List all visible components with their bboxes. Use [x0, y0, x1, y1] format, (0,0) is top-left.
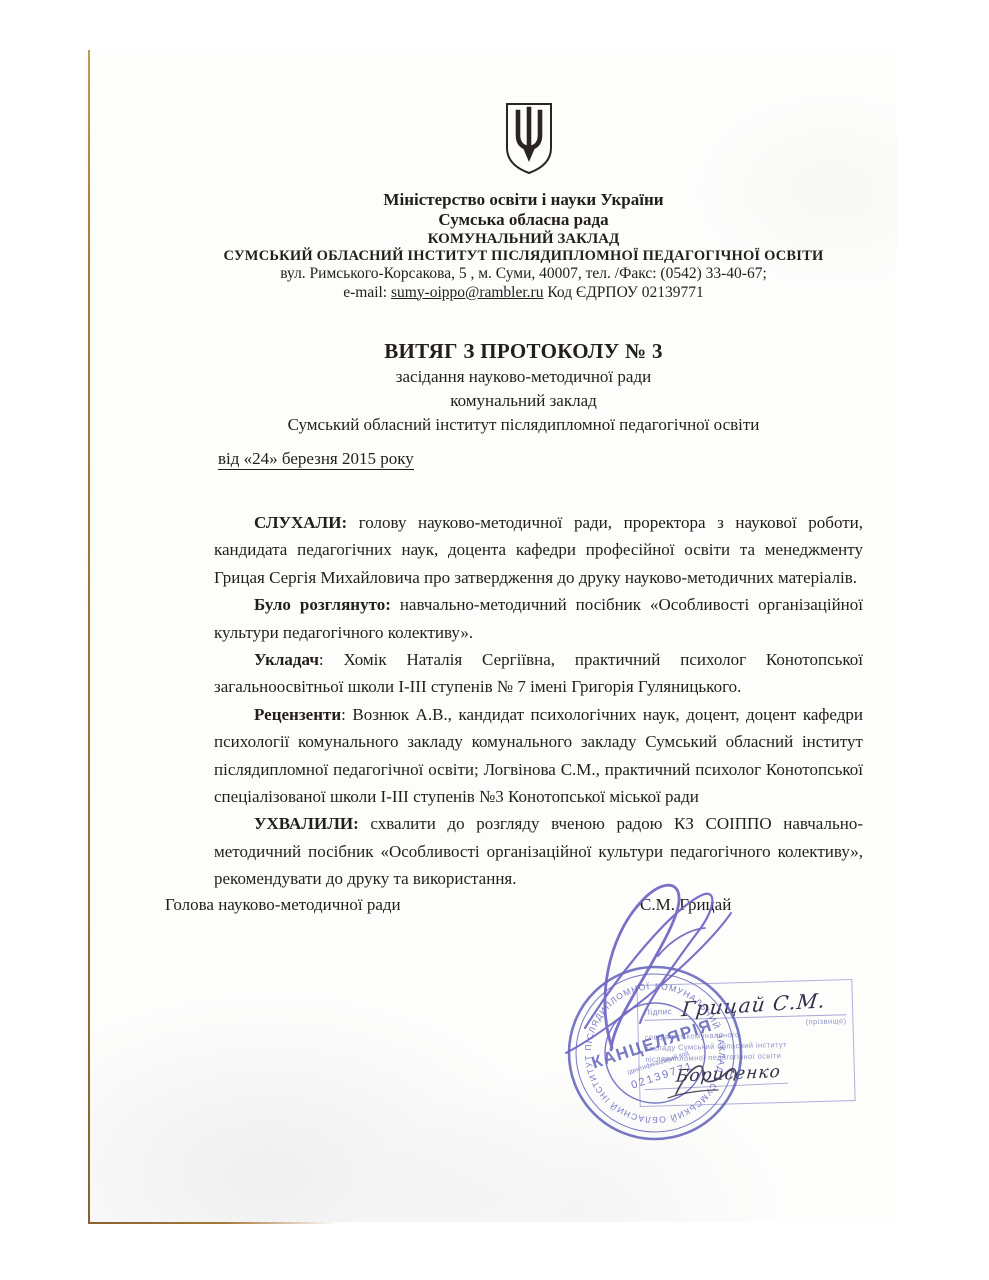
scanned-protocol-page: Міністерство освіти і науки України Сумс… [0, 0, 989, 1280]
paragraph-label: УХВАЛИЛИ: [254, 814, 359, 833]
protocol-date: від «24» березня 2015 року [218, 449, 414, 469]
paragraph-label: Рецензенти [254, 705, 341, 724]
registration-stamp: Підпис Грицай С.М. (прізвище) спеціаліст… [636, 979, 855, 1107]
paragraph-ukladach: Укладач: Хомік Наталія Сергіївна, практи… [214, 646, 863, 701]
letterhead: Міністерство освіти і науки України Сумс… [160, 190, 887, 302]
stamp-clerk-row: Борисенко [646, 1061, 849, 1089]
title-subline-3: Сумський обласний інститут післядипломно… [160, 413, 887, 437]
paragraph-rozglyanuto: Було розглянуто: навчально-методичний по… [214, 591, 863, 646]
regional-council-name: Сумська обласна рада [160, 210, 887, 230]
signatory-role: Голова науково-методичної ради [165, 895, 401, 915]
email-prefix: e-mail: [343, 284, 391, 301]
edrpou-code: Код ЄДРПОУ 02139771 [543, 284, 703, 301]
org-address: вул. Римського-Корсакова, 5 , м. Суми, 4… [160, 265, 887, 284]
title-subline-1: засідання науково-методичної ради [160, 365, 887, 389]
email-address: sumy-oippo@rambler.ru [391, 284, 543, 301]
org-type: КОМУНАЛЬНИЙ ЗАКЛАД [160, 230, 887, 248]
handwritten-clerk-name: Борисенко [645, 1062, 790, 1091]
ukraine-trident-emblem-icon [504, 102, 554, 176]
paragraph-label: Було розглянуто: [254, 595, 391, 614]
paragraph-uhvalyly: УХВАЛИЛИ: схвалити до розгляду вченою ра… [214, 810, 863, 892]
title-subline-2: комунальний заклад [160, 389, 887, 413]
document-title: ВИТЯГ З ПРОТОКОЛУ № 3 [160, 337, 887, 365]
paragraph-label: Укладач [254, 650, 319, 669]
signatory-name: С.М. Грицай [640, 895, 731, 915]
document-title-block: ВИТЯГ З ПРОТОКОЛУ № 3 засідання науково-… [160, 337, 887, 437]
protocol-body: СЛУХАЛИ: голову науково-методичної ради,… [214, 509, 863, 893]
ministry-name: Міністерство освіти і науки України [160, 190, 887, 210]
paragraph-label: СЛУХАЛИ: [254, 513, 347, 532]
org-name: СУМСЬКИЙ ОБЛАСНИЙ ІНСТИТУТ ПІСЛЯДИПЛОМНО… [160, 248, 887, 265]
stamp-signature-label: Підпис [644, 1007, 672, 1020]
paragraph-recenzenty: Рецензенти: Вознюк А.В., кандидат психол… [214, 701, 863, 811]
org-contact-line: e-mail: sumy-oippo@rambler.ru Код ЄДРПОУ… [160, 284, 887, 303]
paragraph-sluhaly: СЛУХАЛИ: голову науково-методичної ради,… [214, 509, 863, 591]
